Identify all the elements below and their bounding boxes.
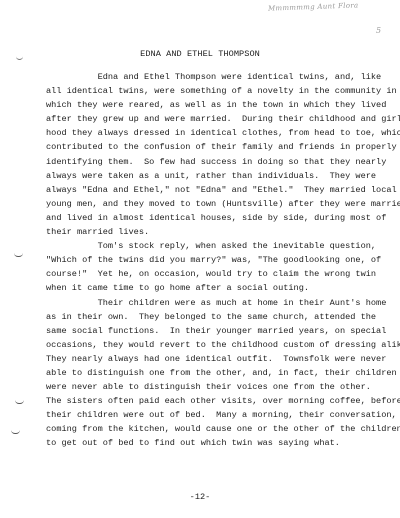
text-line: all identical twins, were something of a… bbox=[46, 84, 386, 98]
text-line: to get out of bed to find out which twin… bbox=[46, 436, 386, 450]
text-line: Edna and Ethel Thompson were identical t… bbox=[46, 70, 386, 84]
text-line: contributed to the confusion of their fa… bbox=[46, 140, 386, 154]
text-line: and lived in almost identical houses, si… bbox=[46, 211, 386, 225]
text-line: same social functions. In their younger … bbox=[46, 324, 386, 338]
text-line: course!" Yet he, on occasion, would try … bbox=[46, 267, 386, 281]
document-body: Edna and Ethel Thompson were identical t… bbox=[46, 70, 386, 451]
text-line: were never able to distinguish their voi… bbox=[46, 380, 386, 394]
text-line: Their children were as much at home in t… bbox=[46, 296, 386, 310]
text-line: coming from the kitchen, would cause one… bbox=[46, 422, 386, 436]
handwritten-note: Mmmmmmg Aunt Flora bbox=[268, 1, 359, 12]
text-line: their married lives. bbox=[46, 225, 386, 239]
text-line: when it came time to go home after a soc… bbox=[46, 281, 386, 295]
page-number: -12- bbox=[0, 491, 400, 503]
text-line: able to distinguish one from the other, … bbox=[46, 366, 386, 380]
text-line: always "Edna and Ethel," not "Edna" and … bbox=[46, 183, 386, 197]
text-line: "Which of the twins did you marry?" was,… bbox=[46, 253, 386, 267]
text-line: They nearly always had one identical out… bbox=[46, 352, 386, 366]
document-title: EDNA AND ETHEL THOMPSON bbox=[0, 48, 400, 60]
text-line: after they grew up and were married. Dur… bbox=[46, 112, 386, 126]
text-line: always were taken as a unit, rather than… bbox=[46, 169, 386, 183]
margin-mark bbox=[14, 253, 23, 257]
text-line: occasions, they would revert to the chil… bbox=[46, 338, 386, 352]
text-line: which they were reared, as well as in th… bbox=[46, 98, 386, 112]
margin-mark bbox=[15, 400, 24, 404]
margin-mark bbox=[11, 430, 20, 434]
text-line: hood they always dressed in identical cl… bbox=[46, 126, 386, 140]
text-line: The sisters often paid each other visits… bbox=[46, 394, 386, 408]
text-line: identifying them. So few had success in … bbox=[46, 155, 386, 169]
handwritten-page-mark: 5 bbox=[376, 26, 381, 35]
text-line: as in their own. They belonged to the sa… bbox=[46, 310, 386, 324]
text-line: Tom's stock reply, when asked the inevit… bbox=[46, 239, 386, 253]
text-line: young men, and they moved to town (Hunts… bbox=[46, 197, 386, 211]
text-line: their children were out of bed. Many a m… bbox=[46, 408, 386, 422]
